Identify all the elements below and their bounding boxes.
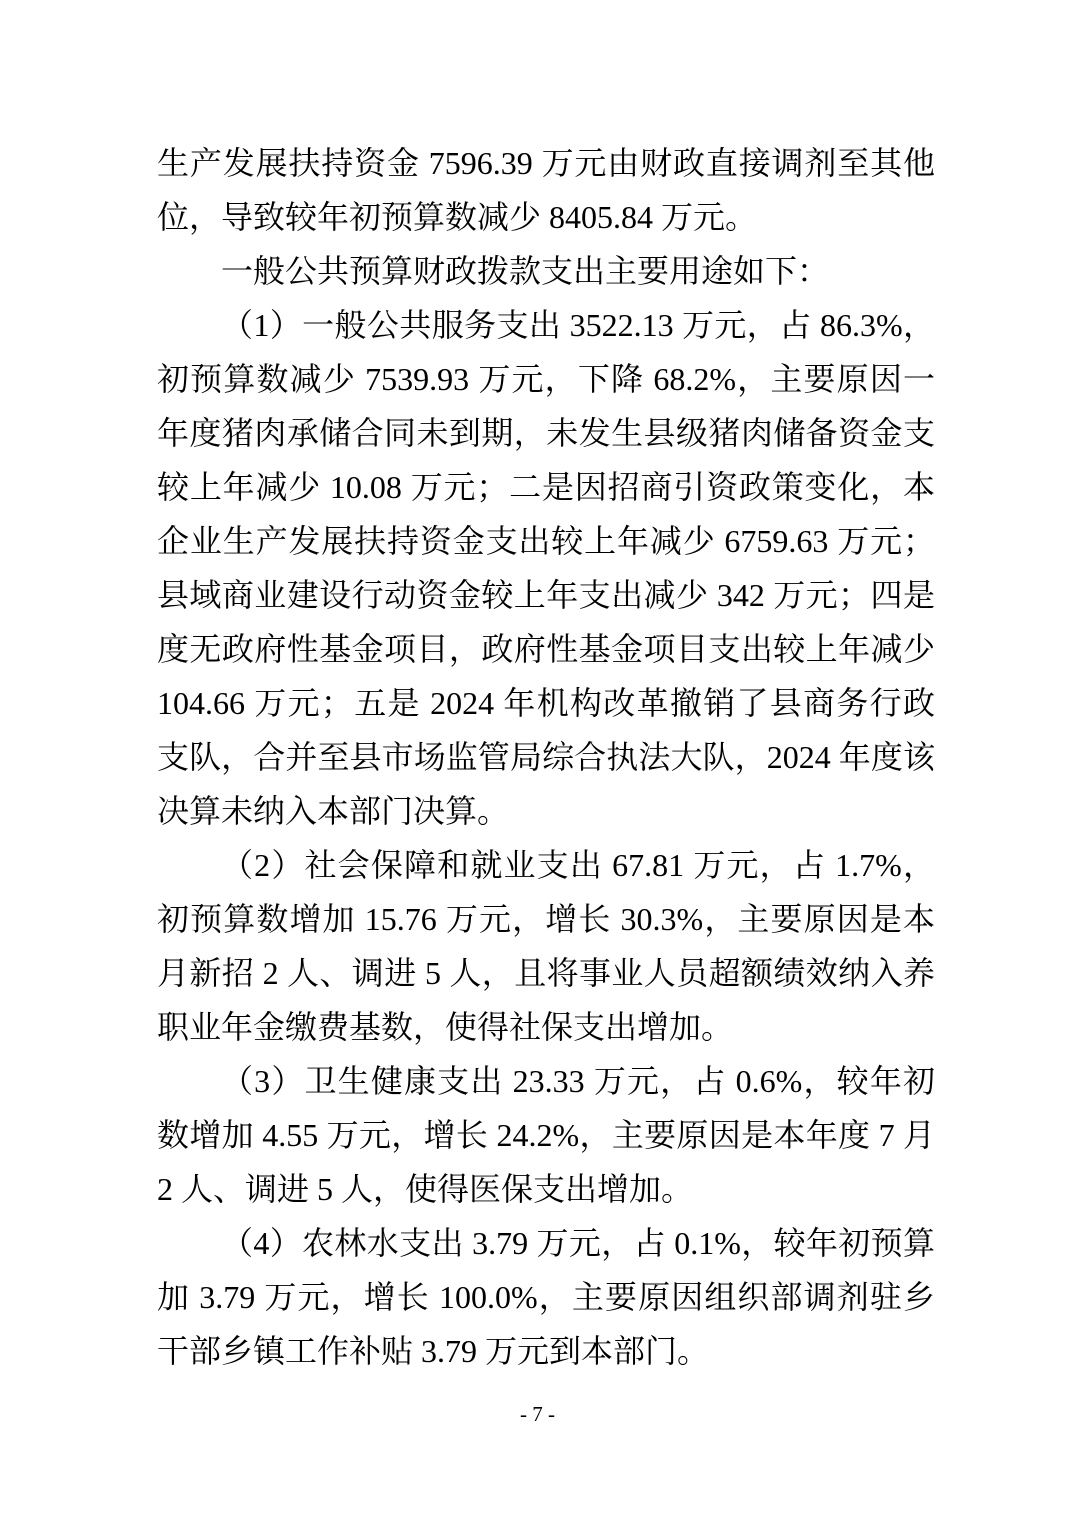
text-line: 度无政府性基金项目，政府性基金项目支出较上年减少 — [157, 622, 935, 676]
text-line: 支队，合并至县市场监管局综合执法大队，2024 年度该单位 — [157, 730, 935, 784]
text-line: 初预算数减少 7539.93 万元，下降 68.2%，主要原因一是本 — [157, 352, 935, 406]
document-page: 生产发展扶持资金 7596.39 万元由财政直接调剂至其他单位，导致较年初预算数… — [0, 0, 1075, 1520]
text-line: 年度猪肉承储合同未到期，未发生县级猪肉储备资金支出， — [157, 406, 935, 460]
text-line: 决算未纳入本部门决算。 — [157, 784, 935, 838]
text-line: 生产发展扶持资金 7596.39 万元由财政直接调剂至其他单 — [157, 136, 935, 190]
paragraph: （3）卫生健康支出 23.33 万元，占 0.6%，较年初预算数增加 4.55 … — [157, 1054, 935, 1216]
text-line: 位，导致较年初预算数减少 8405.84 万元。 — [157, 190, 935, 244]
paragraph: （1）一般公共服务支出 3522.13 万元，占 86.3%，较年初预算数减少 … — [157, 298, 935, 838]
page-number: - 7 - — [520, 1402, 555, 1426]
text-line: 初预算数增加 15.76 万元，增长 30.3%，主要原因是本年度 7 — [157, 892, 935, 946]
text-line: （2）社会保障和就业支出 67.81 万元，占 1.7%，较年 — [157, 838, 935, 892]
text-line: 月新招 2 人、调进 5 人，且将事业人员超额绩效纳入养老、 — [157, 946, 935, 1000]
text-line: 企业生产发展扶持资金支出较上年减少 6759.63 万元；三是 — [157, 514, 935, 568]
text-line: 县域商业建设行动资金较上年支出减少 342 万元；四是本年 — [157, 568, 935, 622]
text-line: 104.66 万元；五是 2024 年机构改革撤销了县商务行政执法 — [157, 676, 935, 730]
text-line: 2 人、调进 5 人，使得医保支出增加。 — [157, 1162, 935, 1216]
text-line: （1）一般公共服务支出 3522.13 万元，占 86.3%，较年 — [157, 298, 935, 352]
text-line: 较上年减少 10.08 万元；二是因招商引资政策变化，本年度 — [157, 460, 935, 514]
text-line: （3）卫生健康支出 23.33 万元，占 0.6%，较年初预算 — [157, 1054, 935, 1108]
text-line: 加 3.79 万元，增长 100.0%，主要原因组织部调剂驻乡驻村 — [157, 1270, 935, 1324]
page-footer: - 7 - — [0, 1400, 1075, 1428]
text-line: 职业年金缴费基数，使得社保支出增加。 — [157, 1000, 935, 1054]
text-line: 干部乡镇工作补贴 3.79 万元到本部门。 — [157, 1324, 935, 1378]
document-body: 生产发展扶持资金 7596.39 万元由财政直接调剂至其他单位，导致较年初预算数… — [157, 136, 935, 1378]
paragraph: （2）社会保障和就业支出 67.81 万元，占 1.7%，较年初预算数增加 15… — [157, 838, 935, 1054]
text-line: 一般公共预算财政拨款支出主要用途如下： — [157, 244, 935, 298]
paragraph: 一般公共预算财政拨款支出主要用途如下： — [157, 244, 935, 298]
paragraph: 生产发展扶持资金 7596.39 万元由财政直接调剂至其他单位，导致较年初预算数… — [157, 136, 935, 244]
paragraph: （4）农林水支出 3.79 万元，占 0.1%，较年初预算数增加 3.79 万元… — [157, 1216, 935, 1378]
text-line: （4）农林水支出 3.79 万元，占 0.1%，较年初预算数增 — [157, 1216, 935, 1270]
text-line: 数增加 4.55 万元，增长 24.2%，主要原因是本年度 7 月新招 — [157, 1108, 935, 1162]
